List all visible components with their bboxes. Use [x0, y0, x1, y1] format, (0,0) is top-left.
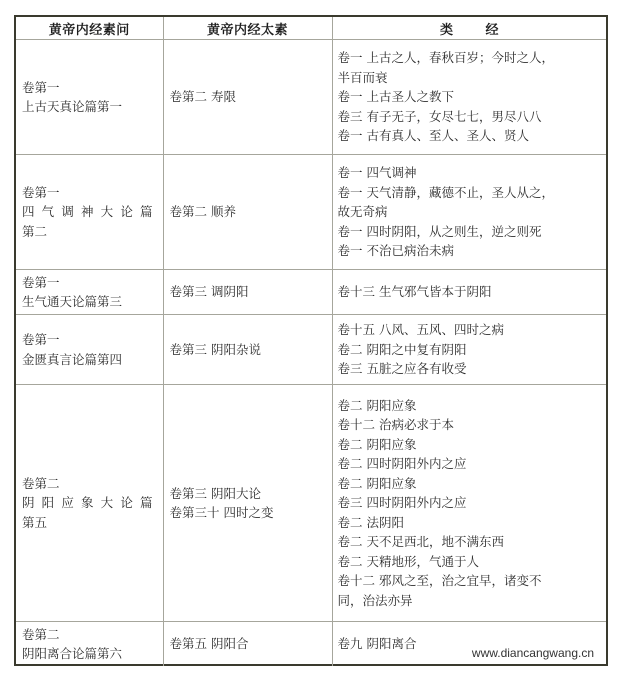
leijing-entry: 卷二 阴阳应象: [338, 474, 603, 494]
table-row: 卷第一 上古天真论篇第一 卷第二 寿限 卷一 上古之人，春秋百岁；今时之人， 半…: [16, 40, 606, 155]
watermark-url: www.diancangwang.cn: [470, 646, 596, 660]
table-row: 卷第一 金匮真言论篇第四 卷第三 阴阳杂说 卷十五 八风、五风、四时之病 卷二 …: [16, 315, 606, 385]
cell-taisu: 卷第二 顺养: [163, 155, 332, 270]
taisu-entry: 卷第二 寿限: [170, 87, 328, 107]
leijing-entry: 卷二 天精地形，气通于人: [338, 552, 603, 572]
leijing-entry: 卷十五 八风、五风、四时之病: [338, 320, 603, 340]
leijing-entry: 卷一 上古圣人之教下: [338, 87, 603, 107]
suwen-volume: 卷第二: [22, 625, 159, 645]
leijing-entry: 卷一 四气调神: [338, 163, 603, 183]
cell-taisu: 卷第五 阴阳合: [163, 622, 332, 667]
cell-suwen: 卷第一 四气调神大论篇 第二: [16, 155, 163, 270]
suwen-volume: 卷第一: [22, 78, 159, 98]
cell-taisu: 卷第三 调阴阳: [163, 270, 332, 315]
leijing-entry: 卷二 阴阳应象: [338, 435, 603, 455]
suwen-chapter-cont: 第五: [22, 513, 159, 533]
cell-suwen: 卷第二 阴阳离合论篇第六: [16, 622, 163, 667]
cell-suwen: 卷第一 金匮真言论篇第四: [16, 315, 163, 385]
taisu-entry: 卷第三 阴阳大论: [170, 484, 328, 504]
taisu-entry: 卷第三 阴阳杂说: [170, 340, 328, 360]
suwen-chapter-cont: 第二: [22, 222, 159, 242]
leijing-entry: 卷一 古有真人、至人、圣人、贤人: [338, 126, 603, 146]
cell-leijing: 卷二 阴阳应象 卷十二 治病必求于本 卷二 阴阳应象 卷二 四时阴阳外内之应 卷…: [332, 385, 606, 622]
suwen-volume: 卷第一: [22, 183, 159, 203]
cell-suwen: 卷第二 阴阳应象大论篇 第五: [16, 385, 163, 622]
suwen-chapter: 阴阳应象大论篇: [22, 493, 159, 513]
table-row: 卷第一 四气调神大论篇 第二 卷第二 顺养 卷一 四气调神 卷一 天气清静，藏德…: [16, 155, 606, 270]
header-suwen: 黄帝内经素问: [16, 17, 163, 40]
leijing-entry: 卷三 四时阴阳外内之应: [338, 493, 603, 513]
leijing-entry: 卷十二 治病必求于本: [338, 415, 603, 435]
leijing-entry: 卷二 天不足西北，地不满东西: [338, 532, 603, 552]
taisu-entry: 卷第三 调阴阳: [170, 282, 328, 302]
suwen-volume: 卷第一: [22, 330, 159, 350]
cell-taisu: 卷第三 阴阳大论 卷第三十 四时之变: [163, 385, 332, 622]
cell-leijing: 卷十三 生气邪气皆本于阴阳: [332, 270, 606, 315]
suwen-chapter: 生气通天论篇第三: [22, 292, 159, 312]
leijing-entry: 卷二 阴阳应象: [338, 396, 603, 416]
header-row: 黄帝内经素问 黄帝内经太素 类 经: [16, 17, 606, 40]
cell-leijing: 卷一 上古之人，春秋百岁；今时之人， 半百而衰 卷一 上古圣人之教下 卷三 有子…: [332, 40, 606, 155]
leijing-entry: 半百而衰: [338, 68, 603, 88]
table-row: 卷第一 生气通天论篇第三 卷第三 调阴阳 卷十三 生气邪气皆本于阴阳: [16, 270, 606, 315]
leijing-entry: 卷一 天气清静，藏德不止，圣人从之，: [338, 183, 603, 203]
suwen-chapter: 金匮真言论篇第四: [22, 350, 159, 370]
leijing-entry: 卷二 法阴阳: [338, 513, 603, 533]
leijing-entry: 卷一 上古之人，春秋百岁；今时之人，: [338, 48, 603, 68]
suwen-chapter: 四气调神大论篇: [22, 202, 159, 222]
leijing-entry: 同，治法亦异: [338, 591, 603, 611]
leijing-entry: 卷二 四时阴阳外内之应: [338, 454, 603, 474]
leijing-entry: 卷三 有子无子，女尽七七，男尽八八: [338, 107, 603, 127]
taisu-entry: 卷第五 阴阳合: [170, 634, 328, 654]
table-row: 卷第二 阴阳应象大论篇 第五 卷第三 阴阳大论 卷第三十 四时之变 卷二 阴阳应…: [16, 385, 606, 622]
leijing-entry: 卷一 不治已病治未病: [338, 241, 603, 261]
leijing-entry: 卷十三 生气邪气皆本于阴阳: [338, 282, 603, 302]
leijing-entry: 卷二 阴阳之中复有阴阳: [338, 340, 603, 360]
header-leijing: 类 经: [332, 17, 606, 40]
cell-suwen: 卷第一 上古天真论篇第一: [16, 40, 163, 155]
cell-taisu: 卷第三 阴阳杂说: [163, 315, 332, 385]
header-taisu: 黄帝内经太素: [163, 17, 332, 40]
cell-suwen: 卷第一 生气通天论篇第三: [16, 270, 163, 315]
suwen-volume: 卷第二: [22, 474, 159, 494]
leijing-entry: 卷十二 邪风之至，治之宜早，诸变不: [338, 571, 603, 591]
huangdi-neijing-comparison-table: 黄帝内经素问 黄帝内经太素 类 经 卷第一 上古天真论篇第一 卷第二 寿限 卷一…: [16, 17, 606, 666]
leijing-entry: 故无奇病: [338, 202, 603, 222]
comparison-table-frame: 黄帝内经素问 黄帝内经太素 类 经 卷第一 上古天真论篇第一 卷第二 寿限 卷一…: [14, 15, 608, 666]
taisu-entry: 卷第二 顺养: [170, 202, 328, 222]
leijing-entry: 卷一 四时阴阳，从之则生，逆之则死: [338, 222, 603, 242]
suwen-chapter: 阴阳离合论篇第六: [22, 644, 159, 664]
taisu-entry: 卷第三十 四时之变: [170, 503, 328, 523]
suwen-chapter: 上古天真论篇第一: [22, 97, 159, 117]
suwen-volume: 卷第一: [22, 273, 159, 293]
cell-leijing: 卷十五 八风、五风、四时之病 卷二 阴阳之中复有阴阳 卷三 五脏之应各有收受: [332, 315, 606, 385]
leijing-entry: 卷三 五脏之应各有收受: [338, 359, 603, 379]
cell-taisu: 卷第二 寿限: [163, 40, 332, 155]
cell-leijing: 卷一 四气调神 卷一 天气清静，藏德不止，圣人从之， 故无奇病 卷一 四时阴阳，…: [332, 155, 606, 270]
